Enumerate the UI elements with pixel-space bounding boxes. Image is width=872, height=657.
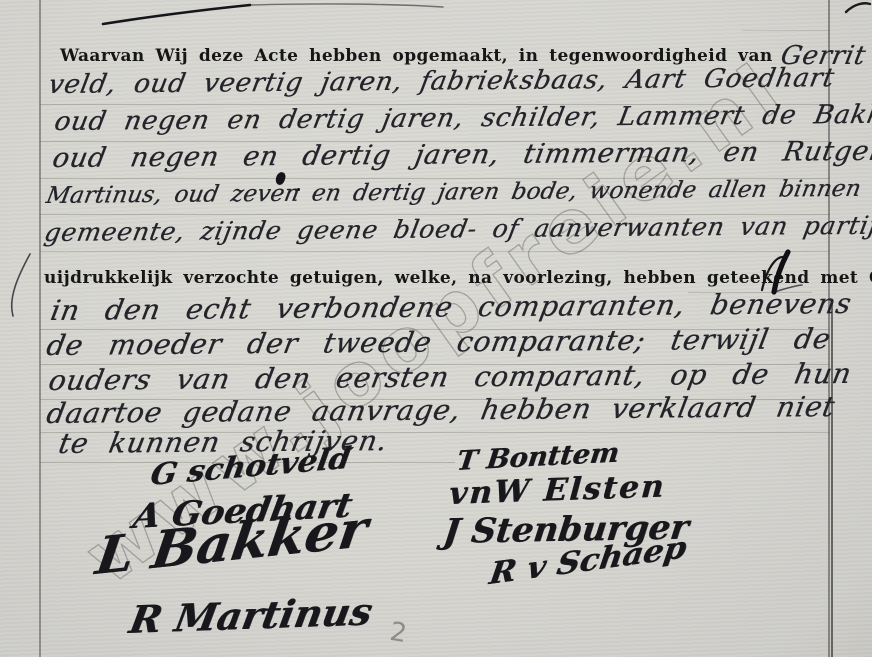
printed-clause-2-row: uijdrukkelijk verzochte getuigen, welke,…: [44, 268, 872, 288]
signature: R Martinus: [126, 589, 376, 642]
margin-paraph: [2, 252, 36, 322]
pencil-mark: 2: [388, 617, 409, 649]
corner-pen-mark: [840, 0, 872, 18]
handwritten-line: gemeente, zijnde geene bloed- of aanverw…: [42, 210, 872, 247]
signature: vnW Elsten: [448, 468, 667, 512]
handwritten-line: daartoe gedane aanvrage, hebben verklaar…: [44, 390, 838, 430]
handwritten-line: Martinus, oud zeven en dertig jaren bode…: [44, 175, 872, 209]
handwritten-line: oud negen en dertig jaren, schilder, Lam…: [52, 100, 872, 137]
document-scan: www.joopfreie.nl Waarvan Wij deze Acte h…: [0, 0, 872, 657]
handwritten-line: in den echt verbondene comparanten, bene…: [48, 287, 854, 327]
printed-clause-1: Waarvan Wij deze Acte hebben opgemaakt, …: [60, 46, 773, 66]
handwritten-line: de moeder der tweede comparante; terwijl…: [44, 322, 834, 362]
ink-dot: [297, 188, 300, 191]
right-margin-rule-dark: [831, 300, 833, 657]
handwritten-line: veld, oud veertig jaren, fabrieksbaas, A…: [46, 63, 837, 100]
writing-baseline: [40, 251, 830, 252]
top-pen-flourish: [0, 0, 872, 40]
officiant-flourish: [752, 250, 808, 296]
handwritten-line: oud negen en dertig jaren, timmerman, en…: [50, 136, 872, 174]
printed-clause-2: uijdrukkelijk verzochte getuigen, welke,…: [44, 268, 872, 288]
